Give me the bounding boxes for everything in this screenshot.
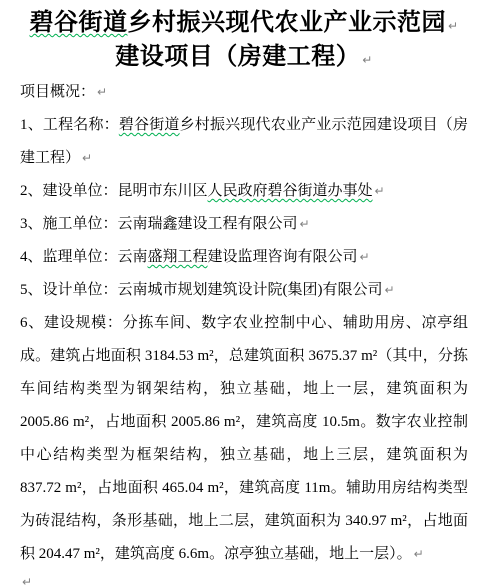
paragraph-mark-icon: ↵ (446, 19, 459, 33)
spellcheck-flagged-text: 人民政府碧谷街道办事处 (208, 183, 373, 199)
paragraph: 3、施工单位：云南瑞鑫建设工程有限公司↵ (20, 208, 468, 241)
title-line: 碧谷街道乡村振兴现代农业产业示范园↵ (20, 8, 468, 42)
paragraph-mark-icon: ↵ (412, 547, 424, 561)
paragraph: 6、建设规模：分拣车间、数字农业控制中心、辅助用房、凉亭组成。建筑占地面积 31… (20, 307, 468, 571)
paragraph-mark-icon: ↵ (373, 184, 385, 198)
empty-paragraph: ↵ (20, 571, 468, 586)
word-document-page: 碧谷街道乡村振兴现代农业产业示范园↵建设项目（房建工程）↵ 项目概况：↵1、工程… (0, 0, 488, 586)
spellcheck-flagged-text: 碧谷街道 (29, 10, 127, 36)
text-run: 3、施工单位：云南瑞鑫建设工程有限公司 (20, 216, 298, 232)
text-run: 4、监理单位：云南 (20, 249, 148, 265)
spellcheck-flagged-text: 碧谷街道 (119, 117, 180, 133)
spellcheck-flagged-text: 盛翔工程 (148, 249, 208, 265)
text-run: 建设项目（房建工程） (115, 44, 360, 70)
paragraph-mark-icon: ↵ (20, 575, 32, 586)
paragraph-mark-icon: ↵ (80, 151, 92, 165)
text-run: 建设监理咨询有限公司 (208, 249, 358, 265)
text-run: 1、工程名称： (20, 117, 119, 133)
paragraph: 5、设计单位：云南城市规划建筑设计院(集团)有限公司↵ (20, 274, 468, 307)
document-body: 项目概况：↵1、工程名称：碧谷街道乡村振兴现代农业产业示范园建设项目（房建工程）… (20, 76, 468, 586)
paragraph: 2、建设单位：昆明市东川区人民政府碧谷街道办事处↵ (20, 175, 468, 208)
paragraph-mark-icon: ↵ (383, 283, 395, 297)
text-run: 2、建设单位：昆明市东川区 (20, 183, 208, 199)
text-run: 5、设计单位：云南城市规划建筑设计院(集团)有限公司 (20, 282, 383, 298)
paragraph-mark-icon: ↵ (358, 250, 370, 264)
paragraph-mark-icon: ↵ (95, 85, 107, 99)
paragraph-mark-icon: ↵ (298, 217, 310, 231)
title-line: 建设项目（房建工程）↵ (20, 42, 468, 76)
paragraph: 4、监理单位：云南盛翔工程建设监理咨询有限公司↵ (20, 241, 468, 274)
document-title: 碧谷街道乡村振兴现代农业产业示范园↵建设项目（房建工程）↵ (20, 8, 468, 76)
paragraph: 项目概况：↵ (20, 76, 468, 109)
paragraph-mark-icon: ↵ (360, 53, 373, 67)
text-run: 6、建设规模：分拣车间、数字农业控制中心、辅助用房、凉亭组成。建筑占地面积 31… (20, 315, 468, 562)
text-run: 项目概况： (20, 84, 95, 100)
text-run: 乡村振兴现代农业产业示范园 (127, 10, 446, 36)
paragraph: 1、工程名称：碧谷街道乡村振兴现代农业产业示范园建设项目（房建工程）↵ (20, 109, 468, 175)
